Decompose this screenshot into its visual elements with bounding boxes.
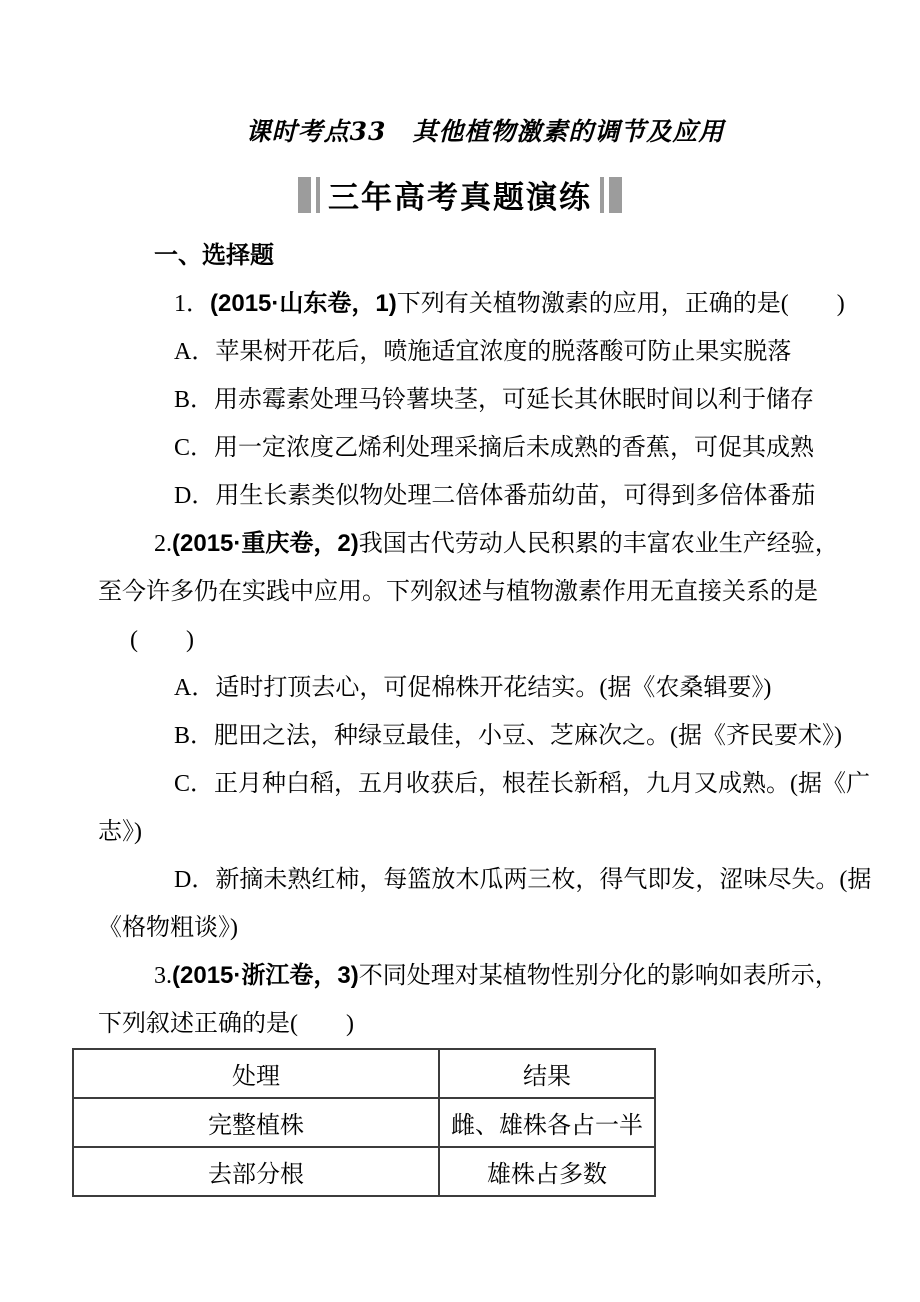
q1-option-c: C．用一定浓度乙烯利处理采摘后未成熟的香蕉，可促其成熟 — [98, 424, 824, 472]
content-lines: 一、选择题1．(2015·山东卷，1)下列有关植物激素的应用，正确的是( )A．… — [0, 232, 920, 1048]
q1-option-a: A．苹果树开花后，喷施适宜浓度的脱落酸可防止果实脱落 — [98, 328, 824, 376]
q2-stem-line3: ( ) — [98, 616, 824, 664]
q2-option-d-line1: D．新摘未熟红柿，每篮放木瓜两三枚，得气即发，涩味尽失。(据 — [98, 856, 824, 904]
table-header-treatment: 处理 — [73, 1049, 439, 1098]
table-header-result: 结果 — [439, 1049, 655, 1098]
table-header-row: 处理 结果 — [73, 1049, 655, 1098]
q1-option-d: D．用生长素类似物处理二倍体番茄幼苗，可得到多倍体番茄 — [98, 472, 824, 520]
q3-table: 处理 结果 完整植株 雌、雄株各占一半 去部分根 雄株占多数 — [72, 1048, 656, 1197]
section-banner: 三年高考真题演练 — [0, 172, 920, 217]
page-title: 课时考点33 其他植物激素的调节及应用 — [50, 112, 920, 148]
banner-title: 三年高考真题演练 — [328, 172, 592, 217]
q2-stem-line2: 至今许多仍在实践中应用。下列叙述与植物激素作用无直接关系的是 — [98, 568, 824, 616]
table-row: 完整植株 雌、雄株各占一半 — [73, 1098, 655, 1147]
q2-option-d-line2: 《格物粗谈》) — [98, 904, 824, 952]
q1-option-b: B．用赤霉素处理马铃薯块茎，可延长其休眠时间以利于储存 — [98, 376, 824, 424]
banner-bar-thin-left — [316, 177, 320, 213]
table-row: 去部分根 雄株占多数 — [73, 1147, 655, 1196]
q2-option-c-line2: 志》) — [98, 808, 824, 856]
banner-bar-thick-right — [609, 177, 622, 213]
banner-bar-thin-right — [600, 177, 604, 213]
table-cell-result: 雄株占多数 — [439, 1147, 655, 1196]
section-heading: 一、选择题 — [98, 232, 824, 280]
q2-option-b: B．肥田之法，种绿豆最佳，小豆、芝麻次之。(据《齐民要术》) — [98, 712, 824, 760]
banner-bar-thick-left — [298, 177, 311, 213]
table-cell-treatment: 完整植株 — [73, 1098, 439, 1147]
q2-stem-line1: 2.(2015·重庆卷，2)我国古代劳动人民积累的丰富农业生产经验， — [98, 520, 824, 568]
document-page: 课时考点33 其他植物激素的调节及应用 三年高考真题演练 一、选择题1．(201… — [0, 0, 920, 1302]
q1-stem: 1．(2015·山东卷，1)下列有关植物激素的应用，正确的是( ) — [98, 280, 824, 328]
q3-stem-line2: 下列叙述正确的是( ) — [98, 1000, 824, 1048]
table-cell-treatment: 去部分根 — [73, 1147, 439, 1196]
q3-stem-line1: 3.(2015·浙江卷，3)不同处理对某植物性别分化的影响如表所示， — [98, 952, 824, 1000]
q2-option-c-line1: C．正月种白稻，五月收获后，根茬长新稻，九月又成熟。(据《广 — [98, 760, 824, 808]
q2-option-a: A．适时打顶去心，可促棉株开花结实。(据《农桑辑要》) — [98, 664, 824, 712]
table-cell-result: 雌、雄株各占一半 — [439, 1098, 655, 1147]
